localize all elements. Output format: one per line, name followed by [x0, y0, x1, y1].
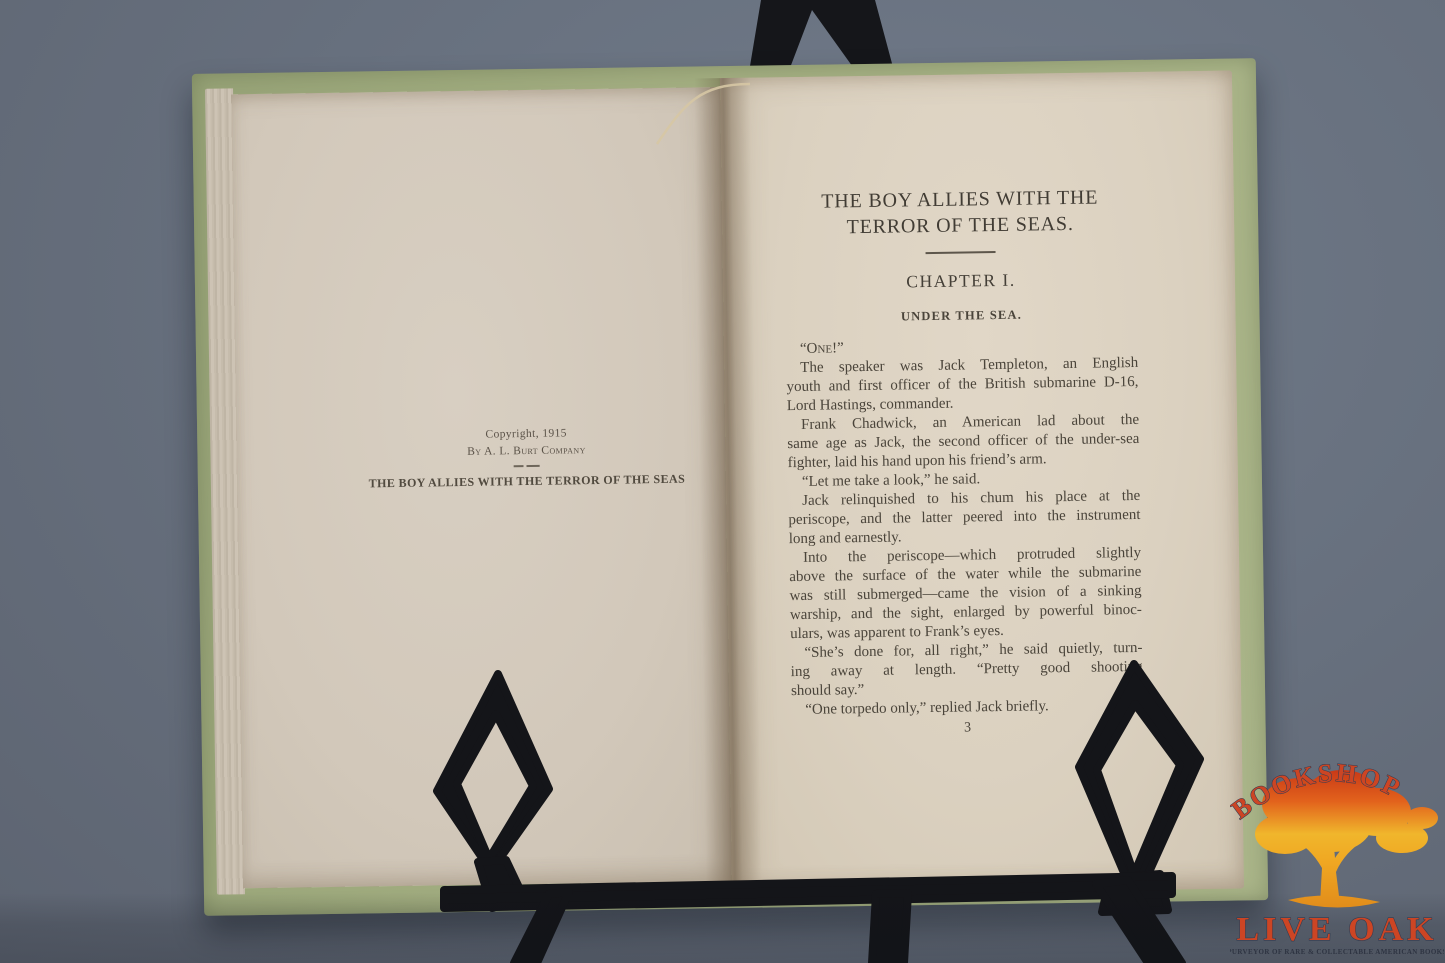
- chapter-heading: CHAPTER I.: [785, 268, 1137, 294]
- title-divider-rule: [926, 251, 996, 254]
- left-page-copyright-page: Copyright, 1915 By A. L. Burt Company TH…: [231, 87, 732, 888]
- book-title-line-2: TERROR OF THE SEAS.: [784, 210, 1136, 241]
- body-text-line: “One torpedo only,” replied Jack briefly…: [791, 696, 1143, 720]
- bookshop-tagline: PURVEYOR OF RARE & COLLECTABLE AMERICAN …: [1230, 948, 1444, 956]
- chapter-text-block: THE BOY ALLIES WITH THE TERROR OF THE SE…: [784, 184, 1144, 739]
- live-oak-text: LIVE OAK: [1236, 911, 1437, 948]
- book-title-line-1: THE BOY ALLIES WITH THE: [784, 184, 1136, 215]
- bookshop-live-oak-watermark: BOOKSHOP LIVE OAK PURVEYOR OF RARE & COL…: [1230, 762, 1444, 963]
- body-paragraphs: “One!”The speaker was Jack Templeton, an…: [786, 335, 1144, 720]
- copyright-block: Copyright, 1915 By A. L. Burt Company TH…: [324, 423, 729, 492]
- series-title-line: THE BOY ALLIES WITH THE TERROR OF THE SE…: [325, 471, 729, 492]
- section-heading: UNDER THE SEA.: [785, 306, 1137, 326]
- open-book: Copyright, 1915 By A. L. Burt Company TH…: [192, 58, 1268, 916]
- page-number: 3: [792, 718, 1144, 739]
- photo-of-book-on-easel: Copyright, 1915 By A. L. Burt Company TH…: [0, 0, 1445, 963]
- copyright-divider-rule: [514, 465, 540, 467]
- right-page-chapter-page: THE BOY ALLIES WITH THE TERROR OF THE SE…: [720, 71, 1244, 897]
